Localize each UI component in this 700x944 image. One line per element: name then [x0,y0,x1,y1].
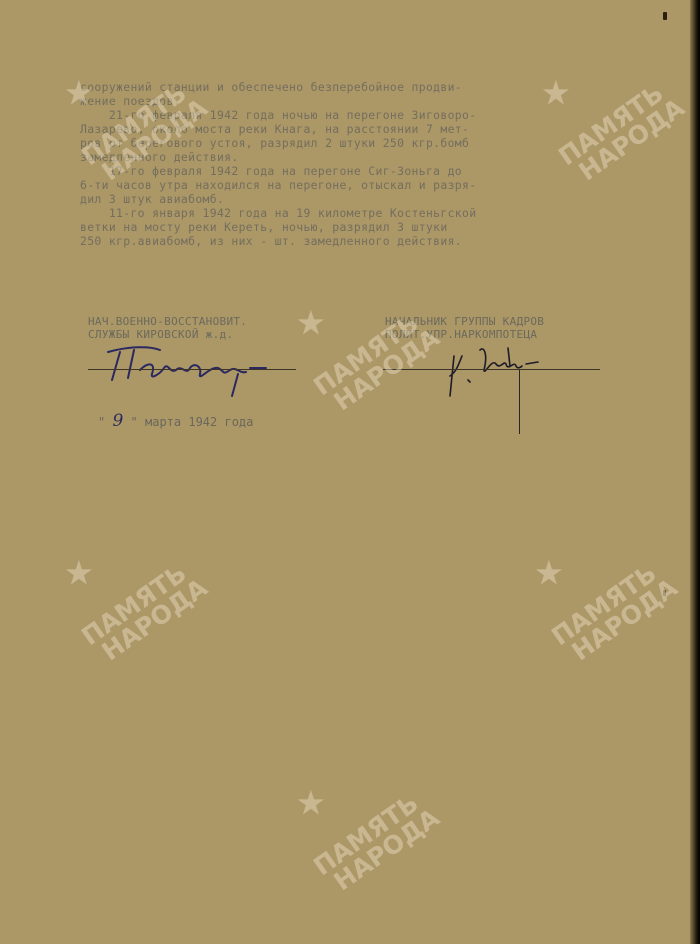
date-month-year: марта 1942 года [145,415,253,429]
signature-line [88,369,296,370]
body-line: 250 кгр.авиабомб, из них - шт. замедленн… [80,235,462,248]
document-date: " 9 " марта 1942 года [98,411,253,431]
body-line: дил 3 штук авиабомб. [80,193,224,206]
page-edge-shadow [690,0,700,944]
date-day: 9 [112,411,123,431]
body-line: сооружений станции и обеспечено безпереб… [80,81,462,94]
handwritten-signature-right [440,340,560,410]
star-icon: ★ [64,81,94,105]
date-quote: " [131,415,138,429]
signer-title: НАЧ.ВОЕННО-ВОССТАНОВИТ. [88,316,247,328]
star-icon: ★ [296,311,326,335]
date-quote: " [98,415,105,429]
handwritten-signature-left [90,340,290,400]
body-line: ветки на мосту реки Кереть, ночью, разря… [80,221,448,234]
body-line: 11-го января 1942 года на 19 километре К… [80,207,476,220]
stroke-mark [519,370,520,434]
body-line: 6-ти часов утра находился на перегоне, о… [80,179,476,192]
punch-hole-mark [663,12,667,20]
signature-line [383,369,600,370]
star-icon: ★ [534,561,564,585]
star-icon: ★ [296,791,326,815]
star-icon: ★ [64,561,94,585]
star-icon: ★ [541,81,571,105]
